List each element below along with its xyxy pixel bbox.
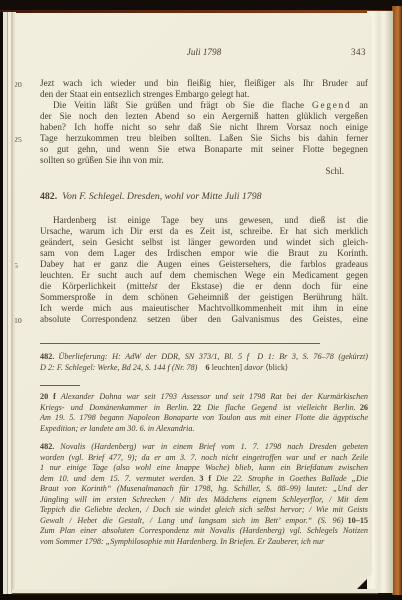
text-segment: Gewalt / Hebet die Gestalt, / Lang und l… xyxy=(40,516,343,525)
text-line: Ursache, warum ich Dir erst da es Zeit i… xyxy=(40,226,368,237)
text-line: die Körperlichkeit (mittelst der Ekstase… xyxy=(40,281,368,292)
text-segment: Expedition; er landete am 30. 6. in Alex… xyxy=(40,424,194,433)
text-line: 1 nur einige Tage (also wohl eine knappe… xyxy=(40,463,368,474)
letter-482-text: Hardenberg ist einige Tage bey uns gewes… xyxy=(40,215,368,325)
text-line: 5Dabey hat er ganz die Augen eines Geist… xyxy=(40,259,368,270)
text-segment: 482. xyxy=(40,352,54,361)
text-segment: der Ekstase) die er denn doch für eine xyxy=(157,281,368,291)
page-content: Juli 1798 343 20Jezt wach ich wieder und… xyxy=(15,13,372,547)
text-segment: Jüngling will im ersten Schrecken / Mit … xyxy=(40,495,368,504)
text-line: Braut von Korinth“ (Musenalmanach für 17… xyxy=(40,484,368,495)
text-segment: an xyxy=(351,100,368,110)
text-segment: Dabey hat er ganz die Augen eines Geiste… xyxy=(40,259,368,269)
text-segment: 1 nur einige Tage (also wohl eine knappe… xyxy=(40,463,368,472)
text-line: Jüngling will im ersten Schrecken / Mit … xyxy=(40,495,368,506)
book-photo: Juli 1798 343 20Jezt wach ich wieder und… xyxy=(0,0,402,600)
commentary-block-2: 482. Novalis (Hardenberg) war in einem B… xyxy=(40,442,368,547)
text-segment: Braut von Korinth“ (Musenalmanach für 17… xyxy=(40,484,368,493)
text-line: Kriegs- und Domänenkammer in Berlin. 22 … xyxy=(40,403,368,414)
text-segment: Die flache Gegend ist vielleicht Berlin. xyxy=(201,403,356,412)
text-line: Expedition; er landete am 30. 6. in Alex… xyxy=(40,424,368,435)
commentary-divider-rule xyxy=(40,385,80,386)
text-line: 20Jezt wach ich wieder und bin fleißig h… xyxy=(40,78,368,89)
text-segment: vom Sommer 1798: „Symphilosophie mit Har… xyxy=(40,537,324,546)
text-line: vom Sommer 1798: „Symphilosophie mit Har… xyxy=(40,537,368,548)
text-segment: 20 f xyxy=(40,392,56,401)
text-segment: D 1: Br 3, S. 76–78 (gekürzt) xyxy=(257,352,368,361)
text-segment: 26 xyxy=(360,403,368,412)
text-line: Gewalt / Hebet die Gestalt, / Lang und l… xyxy=(40,516,368,527)
text-segment: worden (vgl. Brief 477, 9); da er am 3. … xyxy=(40,453,368,462)
photo-top-band xyxy=(0,0,402,10)
text-segment: Von F. Schlegel. Dresden, wohl vor Mitte… xyxy=(62,191,261,202)
text-segment: Kriegs- und Domänenkammer in Berlin. xyxy=(40,403,189,412)
text-line: sam von dem Lager des Irdischen empor wi… xyxy=(40,248,368,259)
text-line: 482. Von F. Schlegel. Dresden, wohl vor … xyxy=(40,191,368,203)
text-line: Hardenberg ist einige Tage bey uns gewes… xyxy=(40,215,368,226)
text-segment: Ich werde mich aus maieutischer Machtvol… xyxy=(40,303,368,313)
text-segment: Am 19. 5. 1798 begann Napoleon Bonaparte… xyxy=(40,413,368,422)
text-segment: Jezt wach ich wieder und bin fleißig hie… xyxy=(40,78,368,88)
apparatus-block: 482. Überlieferung: H: AdW der DDR, SN 3… xyxy=(40,352,368,373)
text-line: der Sie noch den lezten Abend so ein Aer… xyxy=(40,111,368,122)
book-gutter xyxy=(0,12,16,594)
text-segment: Die Veitin läßt Sie grüßen und frägt ob … xyxy=(53,100,312,110)
letter-481-text: 20Jezt wach ich wieder und bin fleißig h… xyxy=(40,78,368,177)
running-head-title: Juli 1798 xyxy=(40,47,368,58)
text-segment: den der Staat ein entsezlich strenges Em… xyxy=(40,89,249,99)
text-segment: Hardenberg ist einige Tage bey uns gewes… xyxy=(53,215,368,225)
text-line: Die Veitin läßt Sie grüßen und frägt ob … xyxy=(40,100,368,111)
text-line: 20 f Alexander Dohna war seit 1793 Asses… xyxy=(40,392,368,403)
text-segment: haben? Ich hoffe nicht so sehr daß Sie n… xyxy=(40,122,368,132)
text-segment: 22 xyxy=(193,403,201,412)
text-segment: sam von dem Lager des Irdischen empor wi… xyxy=(40,248,368,258)
book-cover-edge xyxy=(392,6,402,598)
text-segment: sollten so grüßen Sie ihn von mir. xyxy=(40,155,164,165)
text-line: 482. Überlieferung: H: AdW der DDR, SN 3… xyxy=(40,352,368,363)
text-line: 25Tage herzukommen treu bleiben sollten.… xyxy=(40,133,368,144)
margin-line-number: 10 xyxy=(14,315,29,326)
letter-482-heading: 482. Von F. Schlegel. Dresden, wohl vor … xyxy=(40,191,368,203)
text-line: 10absolute Correspondenz setzen über den… xyxy=(40,314,368,325)
text-line: Zum Plan einer absoluten Correspondenz m… xyxy=(40,526,368,537)
text-segment: 482. xyxy=(40,442,54,451)
text-line: 482. Novalis (Hardenberg) war in einem B… xyxy=(40,442,368,453)
text-line: Ich werde mich aus maieutischer Machtvol… xyxy=(40,303,368,314)
text-segment xyxy=(249,352,257,361)
text-segment: Schl. xyxy=(325,166,344,176)
text-segment: dem 10. und dem 15. 7. vermutet werden. xyxy=(40,474,195,483)
margin-line-number: 25 xyxy=(14,134,29,145)
text-segment: Alexander Dohna war seit 1793 Assessor u… xyxy=(56,392,368,401)
text-line: Am 19. 5. 1798 begann Napoleon Bonaparte… xyxy=(40,413,368,424)
text-line: haben? Ich hoffe nicht so sehr daß Sie n… xyxy=(40,122,368,133)
text-line: worden (vgl. Brief 477, 9); da er am 3. … xyxy=(40,453,368,464)
text-segment: leuchten] xyxy=(210,363,245,372)
text-segment: davor xyxy=(244,363,263,372)
text-segment: Überlieferung: H: AdW der DDR, SN 373/1,… xyxy=(58,352,249,361)
commentary-block-1: 20 f Alexander Dohna war seit 1793 Asses… xyxy=(40,392,368,434)
text-segment: geändert, sein Gesicht selbst ist länger… xyxy=(40,237,368,247)
text-line: leuchten. Er sucht auch auf dem chemisch… xyxy=(40,270,368,281)
margin-line-number: 20 xyxy=(14,79,29,90)
text-segment: Tage herzukommen treu bleiben sollten. L… xyxy=(40,133,368,143)
text-segment: Sommersproße in dem schönen Geheimniß de… xyxy=(40,292,368,302)
text-line: Teppich die Geliebte decken, / Doch sie … xyxy=(40,505,368,516)
text-segment: leuchten. Er sucht auch auf dem chemisch… xyxy=(40,270,368,280)
text-line: sollten so grüßen Sie ihn von mir. xyxy=(40,155,368,166)
text-line: geändert, sein Gesicht selbst ist länger… xyxy=(40,237,368,248)
text-segment: so gut gehn, und wenn Sie etwa Bonaparte… xyxy=(40,144,368,154)
text-line: Schl. xyxy=(40,166,368,177)
text-segment: Gegend xyxy=(312,100,351,110)
text-line: Sommersproße in dem schönen Geheimniß de… xyxy=(40,292,368,303)
text-line: D 2: F. Schlegel: Werke, Bd 24, S. 144 f… xyxy=(40,363,368,374)
text-segment: ⟨blick⟩ xyxy=(263,363,288,372)
text-segment xyxy=(197,363,205,372)
text-line: den der Staat ein entsezlich strenges Em… xyxy=(40,89,368,100)
text-line: dem 10. und dem 15. 7. vermutet werden. … xyxy=(40,474,368,485)
book-page: Juli 1798 343 20Jezt wach ich wieder und… xyxy=(15,13,372,589)
apparatus-divider-rule xyxy=(40,343,320,344)
photo-bottom-band xyxy=(0,595,402,600)
text-segment: Die 22. Strophe in Goethes Ballade „Die xyxy=(211,474,368,483)
page-number: 343 xyxy=(351,47,366,58)
text-line: so gut gehn, und wenn Sie etwa Bonaparte… xyxy=(40,144,368,155)
text-segment: absolute Correspondenz setzen über den G… xyxy=(40,314,368,324)
text-segment: die Körperlichkeit (mitte xyxy=(40,281,149,291)
running-head: Juli 1798 343 xyxy=(40,47,368,58)
text-segment: der Sie noch den lezten Abend so ein Aer… xyxy=(40,111,368,121)
text-segment: Novalis (Hardenberg) war in einem Brief … xyxy=(54,442,368,451)
text-segment: 3 f xyxy=(199,474,211,483)
text-segment: Zum Plan einer absoluten Correspondenz m… xyxy=(40,526,368,535)
text-segment: Ursache, warum ich Dir erst da es Zeit i… xyxy=(40,226,368,236)
text-segment: 482. xyxy=(40,191,57,202)
text-segment: D 2: F. Schlegel: Werke, Bd 24, S. 144 f… xyxy=(40,363,197,372)
margin-line-number: 5 xyxy=(14,260,29,271)
text-segment: Teppich die Geliebte decken, / Doch sie … xyxy=(40,505,368,514)
text-segment: 10–15 xyxy=(348,516,368,525)
